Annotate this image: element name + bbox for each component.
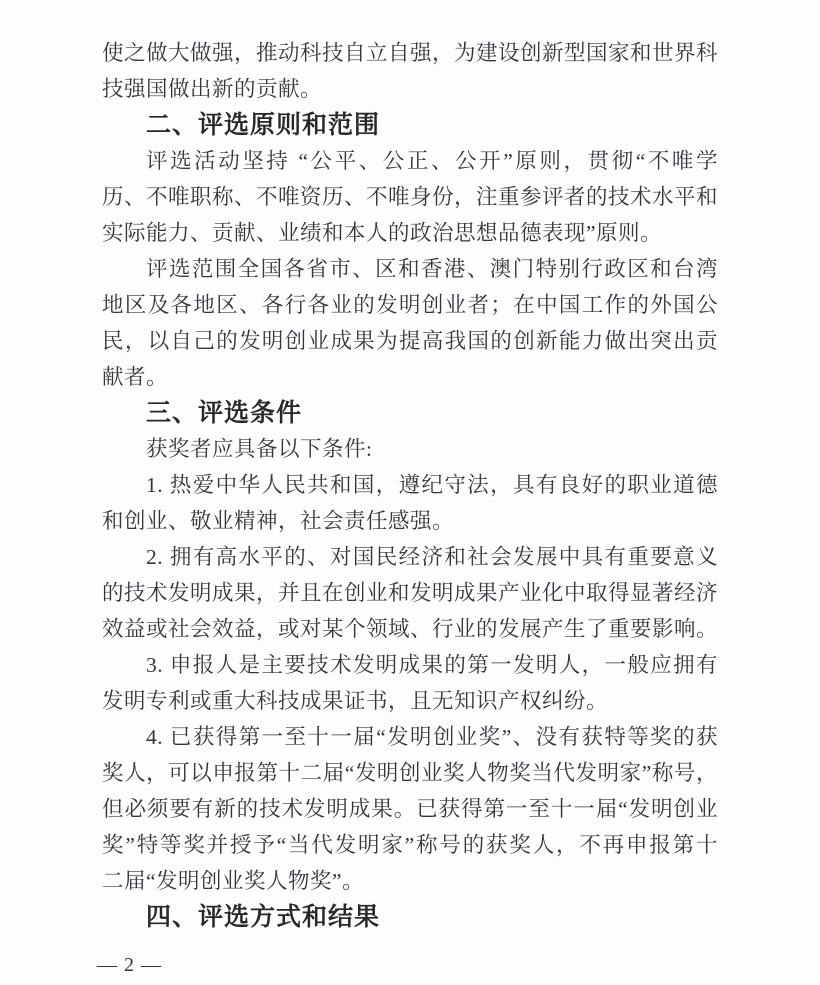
text-line: 二届“发明创业奖人物奖”。 bbox=[102, 863, 718, 899]
section-heading: 三、评选条件 bbox=[102, 395, 718, 431]
text-line: 评选活动坚持 “公平、公正、公开”原则，贯彻“不唯学 bbox=[102, 143, 718, 179]
text-line: 3. 申报人是主要技术发明成果的第一发明人，一般应拥有 bbox=[102, 647, 718, 683]
text-line: 效益或社会效益，或对某个领域、行业的发展产生了重要影响。 bbox=[102, 611, 718, 647]
text-line: 历、不唯职称、不唯资历、不唯身份，注重参评者的技术水平和 bbox=[102, 179, 718, 215]
text-line: 2. 拥有高水平的、对国民经济和社会发展中具有重要意义 bbox=[102, 539, 718, 575]
text-line: 评选范围全国各省市、区和香港、澳门特别行政区和台湾 bbox=[102, 251, 718, 287]
text-line: 但必须要有新的技术发明成果。已获得第一至十一届“发明创业 bbox=[102, 791, 718, 827]
text-line: 民，以自己的发明创业成果为提高我国的创新能力做出突出贡 bbox=[102, 323, 718, 359]
text-line: 献者。 bbox=[102, 359, 718, 395]
text-line: 地区及各地区、各行各业的发明创业者；在中国工作的外国公 bbox=[102, 287, 718, 323]
document-page: 使之做大做强，推动科技自立自强，为建设创新型国家和世界科技强国做出新的贡献。二、… bbox=[0, 0, 820, 985]
text-line: 奖人，可以申报第十二届“发明创业奖人物奖当代发明家”称号， bbox=[102, 755, 718, 791]
text-line: 技强国做出新的贡献。 bbox=[102, 71, 718, 107]
page-number: — 2 — bbox=[97, 951, 162, 979]
text-line: 实际能力、贡献、业绩和本人的政治思想品德表现”原则。 bbox=[102, 215, 718, 251]
section-heading: 四、评选方式和结果 bbox=[102, 899, 718, 935]
text-line: 发明专利或重大科技成果证书，且无知识产权纠纷。 bbox=[102, 683, 718, 719]
section-heading: 二、评选原则和范围 bbox=[102, 107, 718, 143]
text-line: 4. 已获得第一至十一届“发明创业奖”、没有获特等奖的获 bbox=[102, 719, 718, 755]
text-line: 奖”特等奖并授予“当代发明家”称号的获奖人，不再申报第十 bbox=[102, 827, 718, 863]
text-line: 获奖者应具备以下条件: bbox=[102, 431, 718, 467]
document-text-block: 使之做大做强，推动科技自立自强，为建设创新型国家和世界科技强国做出新的贡献。二、… bbox=[102, 35, 718, 935]
text-line: 1. 热爱中华人民共和国，遵纪守法，具有良好的职业道德 bbox=[102, 467, 718, 503]
text-line: 和创业、敬业精神，社会责任感强。 bbox=[102, 503, 718, 539]
text-line: 的技术发明成果，并且在创业和发明成果产业化中取得显著经济 bbox=[102, 575, 718, 611]
text-line: 使之做大做强，推动科技自立自强，为建设创新型国家和世界科 bbox=[102, 35, 718, 71]
